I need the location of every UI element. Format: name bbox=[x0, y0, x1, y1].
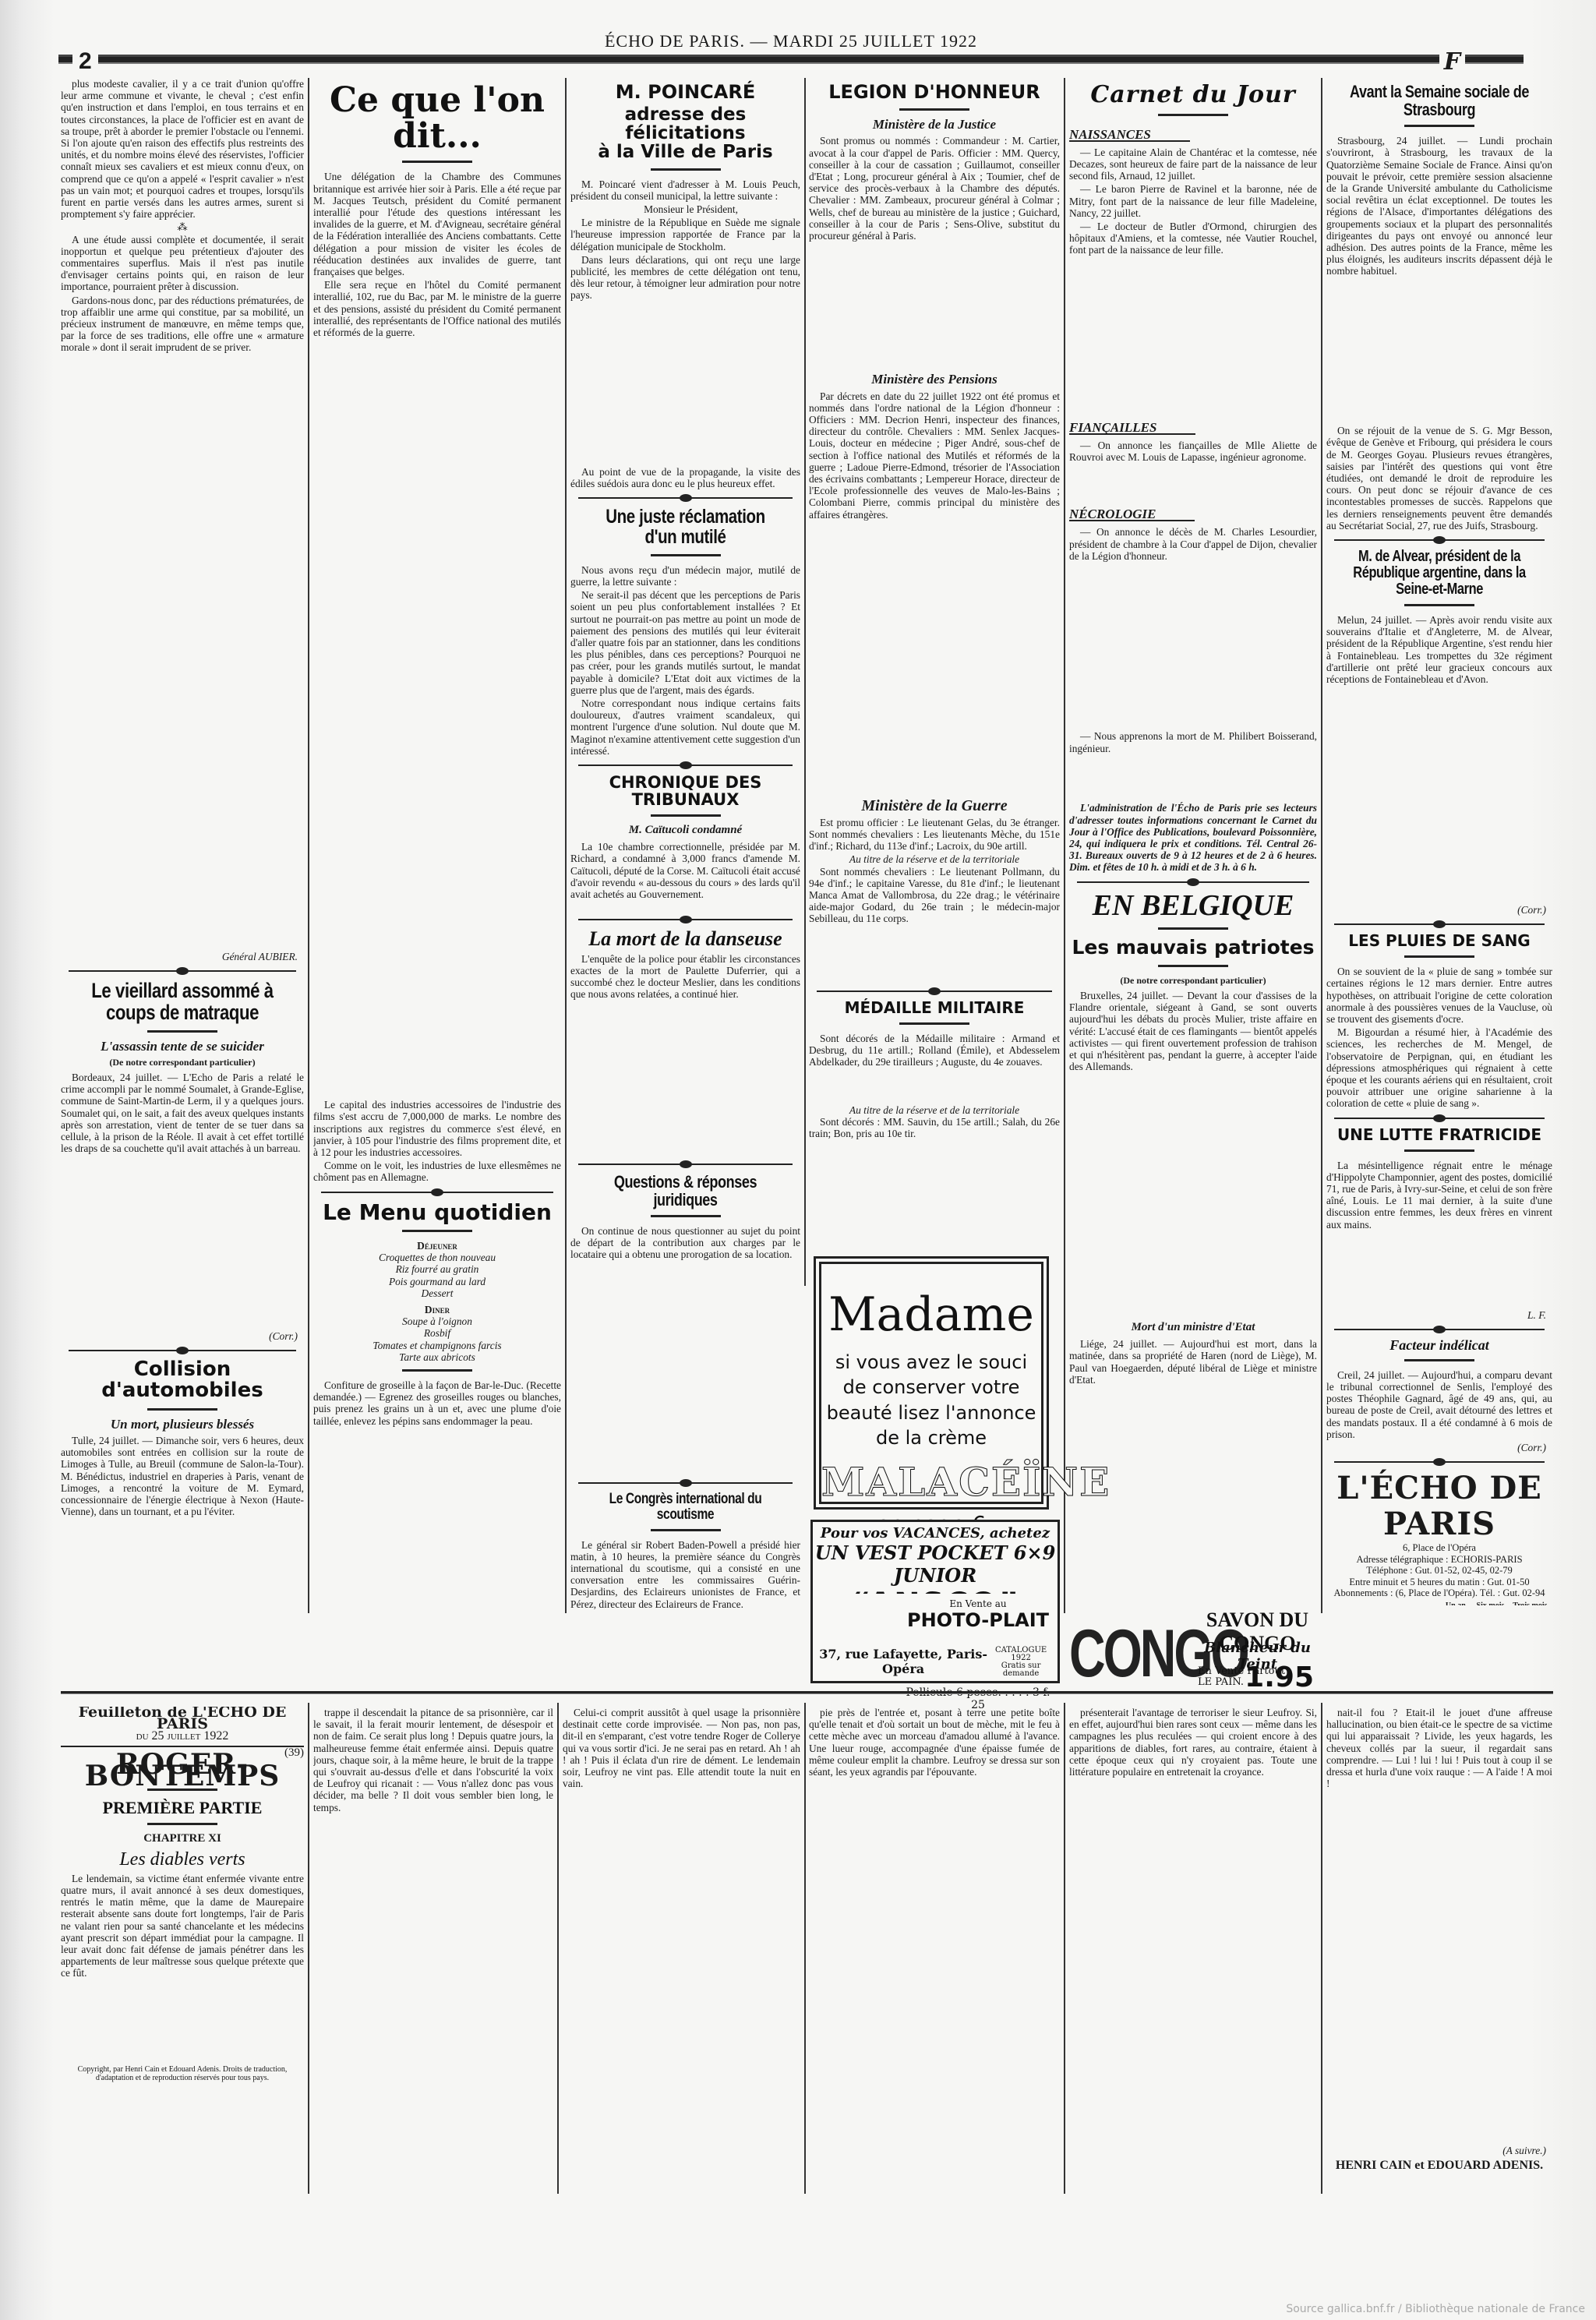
poincare-p3: Le ministre de la République en Suède me… bbox=[570, 217, 800, 252]
menu-item: Riz fourré au gratin bbox=[313, 1263, 561, 1275]
column-5: Carnet du Jour NAISSANCES — Le capitaine… bbox=[1069, 78, 1317, 1605]
kicker-belgique: EN BELGIQUE bbox=[1069, 891, 1317, 922]
article-ce-que-p1: Une délégation de la Chambre des Commune… bbox=[313, 171, 561, 277]
poincare-p2: Monsieur le Président, bbox=[570, 203, 800, 215]
feuilleton-chapter-title: Les diables verts bbox=[61, 1850, 304, 1870]
legion-justice-title: Ministère de la Justice bbox=[809, 118, 1060, 130]
byline: (De notre correspondant particulier) bbox=[61, 1057, 304, 1068]
separator bbox=[1334, 1118, 1545, 1119]
ad-madame-line: de conserver votre bbox=[821, 1375, 1041, 1400]
separator bbox=[1334, 923, 1545, 925]
column-6: Avant la Semaine sociale de Strasbourg S… bbox=[1326, 78, 1552, 1605]
menu-item: Soupe à l'oignon bbox=[313, 1315, 561, 1327]
dash bbox=[402, 161, 472, 163]
separator bbox=[578, 765, 793, 766]
lutte-body: La mésintelligence régnait entre le ména… bbox=[1326, 1160, 1552, 1308]
ad-madame-line: de la crème bbox=[821, 1425, 1041, 1450]
questions-body: On continue de nous questionner au sujet… bbox=[570, 1225, 800, 1474]
feuilleton-authors: HENRI CAIN et EDOUARD ADENIS. bbox=[1326, 2159, 1552, 2171]
facteur-body: Creil, 24 juillet. — Aujourd'hui, a comp… bbox=[1326, 1369, 1552, 1440]
headline-collision: Collision d'automobiles bbox=[61, 1359, 304, 1402]
dash bbox=[651, 168, 721, 171]
dash bbox=[1404, 1149, 1474, 1152]
headline-medaille: MÉDAILLE MILITAIRE bbox=[809, 1000, 1060, 1016]
feuilleton-column-5: présenterait l'avantage de terroriser le… bbox=[1069, 1707, 1317, 2205]
strasbourg-body: Strasbourg, 24 juillet. — Lundi prochain… bbox=[1326, 135, 1552, 423]
col-header: Trois mois bbox=[1508, 1601, 1552, 1605]
scoutisme-body: Le général sir Robert Baden-Powell a pré… bbox=[570, 1539, 800, 1610]
legion-justice-body: Sont promus ou nommés : Commandeur : M. … bbox=[809, 135, 1060, 369]
source-credit: Source gallica.bnf.fr / Bibliothèque nat… bbox=[1286, 2303, 1585, 2315]
dash bbox=[1404, 1359, 1474, 1361]
column-divider bbox=[1064, 1703, 1065, 2194]
column-4: LEGION D'HONNEUR Ministère de la Justice… bbox=[809, 78, 1060, 1286]
column-divider bbox=[804, 1703, 806, 2194]
article-cavalry-p1: plus modeste cavalier, il y a ce trait d… bbox=[61, 78, 304, 220]
echo-box-phone: Téléphone : Gut. 01-52, 02-45, 02-79 bbox=[1326, 1565, 1552, 1577]
signoff: (Corr.) bbox=[1326, 904, 1546, 916]
feuilleton-column-1: Feuilleton de L'ÉCHO DE PARIS du 25 juil… bbox=[61, 1707, 304, 2205]
corner-mark: F bbox=[1439, 48, 1465, 76]
col-header: Six mois bbox=[1473, 1601, 1508, 1605]
echo-box-title: L'ÉCHO DE PARIS bbox=[1326, 1471, 1552, 1542]
headline-ce-que-lon-dit: Ce que l'on dit... bbox=[313, 83, 561, 154]
menu-item: Pois gourmand au lard bbox=[313, 1276, 561, 1287]
newspaper-page: ÉCHO DE PARIS. — MARDI 25 JUILLET 1922 2… bbox=[0, 0, 1596, 2320]
column-3: M. POINCARÉ adresse des félicitations à … bbox=[570, 78, 800, 1613]
column-divider bbox=[308, 78, 309, 1613]
separator bbox=[1334, 1329, 1545, 1330]
ad-congo-price: 1.95 bbox=[1245, 1661, 1314, 1693]
masthead: ÉCHO DE PARIS. — MARDI 25 JUILLET 1922 2… bbox=[58, 31, 1524, 74]
dash bbox=[1404, 604, 1474, 606]
carnet-item: — Le capitaine Alain de Chantérac et la … bbox=[1069, 147, 1317, 182]
column-divider bbox=[1321, 78, 1322, 1613]
signoff: (Corr.) bbox=[61, 1330, 298, 1342]
feuilleton-text: Celui-ci comprit aussitôt à quel usage l… bbox=[563, 1707, 800, 1789]
subhead-vieillard: L'assassin tente de se suicider bbox=[61, 1040, 304, 1052]
dash bbox=[1404, 955, 1474, 958]
separator bbox=[69, 1350, 296, 1351]
article-collision-body: Tulle, 24 juillet. — Dimanche soir, vers… bbox=[61, 1435, 304, 1613]
echo-de-paris-info-box: L'ÉCHO DE PARIS 6, Place de l'Opéra Adre… bbox=[1326, 1471, 1552, 1605]
feuilleton-copyright: Copyright, par Henri Cain et Edouard Ade… bbox=[61, 2065, 304, 2082]
headline-tribunaux: CHRONIQUE DES TRIBUNAUX bbox=[570, 774, 800, 808]
medaille-body: Sont décorés de la Médaille militaire : … bbox=[809, 1033, 1060, 1103]
carnet-item: — Le docteur de Butler d'Ormond, chirurg… bbox=[1069, 221, 1317, 415]
menu-recipe: Confiture de groseille à la façon de Bar… bbox=[313, 1379, 561, 1427]
echo-box-night-phone: Entre minuit et 5 heures du matin : Gut.… bbox=[1326, 1577, 1552, 1588]
feuilleton-text: nait-il fou ? Etait-il le jouet d'une af… bbox=[1326, 1707, 1552, 2143]
dash bbox=[147, 1823, 217, 1825]
signoff: (Corr.) bbox=[1326, 1442, 1546, 1453]
feuilleton-text: trappe il descendait la pitance de sa pr… bbox=[313, 1707, 553, 1813]
dash bbox=[1158, 114, 1228, 116]
masthead-rule bbox=[58, 55, 1524, 64]
headline-strasbourg: Avant la Semaine sociale de Strasbourg bbox=[1347, 83, 1532, 118]
feuilleton-rule bbox=[61, 1691, 1553, 1694]
column-1: plus modeste cavalier, il y a ce trait d… bbox=[61, 78, 304, 1613]
headline-carnet: Carnet du Jour bbox=[1069, 83, 1317, 108]
column-divider bbox=[1321, 1703, 1322, 2194]
column-divider bbox=[308, 1703, 309, 2194]
separator bbox=[321, 1192, 553, 1193]
separator bbox=[578, 1482, 793, 1484]
separator bbox=[69, 970, 296, 972]
page-number: 2 bbox=[72, 48, 98, 75]
tribunaux-body: La 10e chambre correctionnelle, présidée… bbox=[570, 841, 800, 911]
feuilleton-chapter: CHAPITRE XI bbox=[61, 1833, 304, 1845]
mutile-p3: Notre correspondant nous indique certain… bbox=[570, 697, 800, 757]
feuilleton-column-3: Celui-ci comprit aussitôt à quel usage l… bbox=[563, 1707, 800, 2205]
headline-poincare-2: adresse des félicitations bbox=[570, 105, 800, 143]
legion-pensions-title: Ministère des Pensions bbox=[809, 373, 1060, 385]
menu-item: Dessert bbox=[313, 1287, 561, 1299]
article-ce-que-p2: Elle sera reçue en l'hôtel du Comité per… bbox=[313, 279, 561, 1097]
echo-box-telegraph: Adresse télégraphique : ECHORIS-PARIS bbox=[1326, 1554, 1552, 1566]
headline-mutile: Une juste réclamation d'un mutilé bbox=[591, 507, 780, 548]
menu-item: Rosbif bbox=[313, 1327, 561, 1339]
dash bbox=[651, 814, 721, 817]
column-divider bbox=[565, 78, 567, 1613]
poincare-p5: Au point de vue de la propagande, la vis… bbox=[570, 466, 800, 489]
carnet-section-title: FIANÇAILLES bbox=[1069, 422, 1195, 435]
ad-ansco-line1: Pour vos VACANCES, achetez bbox=[813, 1525, 1058, 1541]
headline-scoutisme: Le Congrès international du scoutisme bbox=[591, 1492, 780, 1523]
feuilleton-title: ROGER-BONTEMPS bbox=[61, 1759, 304, 1782]
article-cavalry-p2: A une étude aussi complète et documentée… bbox=[61, 234, 304, 293]
dash bbox=[899, 108, 969, 111]
dash bbox=[651, 1529, 721, 1531]
legion-guerre-body: Est promu officier : Le lieutenant Gelas… bbox=[809, 817, 1060, 853]
menu-item: Croquettes de thon nouveau bbox=[313, 1252, 561, 1263]
legion-guerre-subtitle: Au titre de la réserve et de la territor… bbox=[809, 853, 1060, 865]
echo-box-subscriptions: Abonnements : (6, Place de l'Opéra). Tél… bbox=[1326, 1587, 1552, 1599]
separator bbox=[578, 919, 793, 920]
legion-pensions-body: Par décrets en date du 22 juillet 1922 o… bbox=[809, 390, 1060, 796]
medaille-subtitle: Au titre de la réserve et de la territor… bbox=[809, 1104, 1060, 1116]
feuilleton-part: PREMIÈRE PARTIE bbox=[61, 1799, 304, 1817]
column-divider bbox=[1064, 78, 1065, 1613]
ad-congo: CONGO SAVON DU CONGO Blancheur du Teint … bbox=[1069, 1605, 1317, 1703]
mutile-p2: Ne serait-il pas décent que les percepti… bbox=[570, 589, 800, 696]
separator bbox=[817, 991, 1052, 992]
article-ce-que-p3: Le capital des industries accessoires de… bbox=[313, 1099, 561, 1158]
ad-madame-line: si vous avez le souci bbox=[821, 1350, 1041, 1375]
dash bbox=[1404, 125, 1474, 127]
column-divider bbox=[557, 1703, 559, 2194]
medaille-body2: Sont décorés : MM. Sauvin, du 15e artill… bbox=[809, 1116, 1060, 1139]
strasbourg-body2: On se réjouit de la venue de S. G. Mgr B… bbox=[1326, 425, 1552, 531]
feuilleton-column-2: trappe il descendait la pitance de sa pr… bbox=[313, 1707, 553, 2205]
carnet-item: — On annonce le décès de M. Charles Leso… bbox=[1069, 526, 1317, 729]
echo-box-address: 6, Place de l'Opéra bbox=[1326, 1542, 1552, 1554]
menu-lunch-label: Déjeuner bbox=[313, 1240, 561, 1252]
subhead-tribunaux: M. Caïtucoli condamné bbox=[570, 825, 800, 836]
column-2: Ce que l'on dit... Une délégation de la … bbox=[313, 78, 561, 1613]
ad-ansco-catalogue-note: Gratis sur demande bbox=[989, 1662, 1053, 1678]
carnet-item: — On annonce les fiançailles de Mlle Ali… bbox=[1069, 440, 1317, 502]
column-divider bbox=[804, 78, 806, 1286]
ad-ansco-address: 37, rue Lafayette, Paris-Opéra bbox=[817, 1647, 989, 1678]
col-header: Un an bbox=[1439, 1601, 1474, 1605]
ad-madame-brand: MALACÉÏNE bbox=[821, 1459, 1041, 1505]
pluies-body: On se souvient de la « pluie de sang » t… bbox=[1326, 966, 1552, 1025]
byline: (De notre correspondant particulier) bbox=[1069, 975, 1317, 987]
ad-ansco-store: PHOTO-PLAIT bbox=[899, 1609, 1058, 1631]
separator bbox=[1077, 881, 1309, 883]
carnet-section-title: NAISSANCES bbox=[1069, 129, 1190, 142]
carnet-section-title: NÉCROLOGIE bbox=[1069, 508, 1195, 521]
dash bbox=[147, 1030, 217, 1033]
dash bbox=[1158, 965, 1228, 967]
ad-madame-line: beauté lisez l'annonce bbox=[821, 1400, 1041, 1425]
feuilleton-text: Le lendemain, sa victime étant enfermée … bbox=[61, 1873, 304, 2064]
legion-guerre-title: Ministère de la Guerre bbox=[809, 800, 1060, 812]
poincare-p4: Dans leurs déclarations, qui ont reçu un… bbox=[570, 254, 800, 464]
headline-pluies: LES PLUIES DE SANG bbox=[1326, 933, 1552, 949]
headline-questions: Questions & réponses juridiques bbox=[591, 1173, 780, 1209]
subhead-collision: Un mort, plusieurs blessés bbox=[61, 1418, 304, 1430]
dash bbox=[651, 554, 721, 556]
ad-ansco-line2: UN VEST POCKET 6×9 JUNIOR bbox=[813, 1541, 1058, 1587]
ad-malaceine: Madame si vous avez le souci de conserve… bbox=[814, 1256, 1049, 1510]
headline-menu: Le Menu quotidien bbox=[313, 1201, 561, 1224]
article-cavalry-p3: Gardons-nous donc, par des réductions pr… bbox=[61, 295, 304, 949]
ad-madame-title: Madame bbox=[821, 1287, 1041, 1342]
feuilleton-date: du 25 juillet 1922 bbox=[61, 1730, 304, 1746]
headline-vieillard: Le vieillard assommé à coups de matraque bbox=[83, 980, 282, 1024]
menu-dinner-label: Diner bbox=[313, 1304, 561, 1315]
dash bbox=[1158, 927, 1228, 930]
separator bbox=[578, 497, 793, 499]
dash bbox=[402, 1230, 472, 1232]
headline-danseuse: La mort de la danseuse bbox=[570, 928, 800, 949]
dash bbox=[402, 1369, 472, 1372]
carnet-notice: L'administration de l'Écho de Paris prie… bbox=[1069, 802, 1317, 873]
separator bbox=[578, 1164, 793, 1165]
asterism: ⁂ bbox=[61, 221, 304, 233]
legion-guerre-body2: Sont nommés chevaliers : Le lieutenant P… bbox=[809, 866, 1060, 983]
separator bbox=[1334, 539, 1545, 541]
article-vieillard-body: Bordeaux, 24 juillet. — L'Echo de Paris … bbox=[61, 1072, 304, 1329]
dash bbox=[147, 1408, 217, 1411]
separator bbox=[1334, 1461, 1545, 1463]
belgique-body: Bruxelles, 24 juillet. — Devant la cour … bbox=[1069, 990, 1317, 1317]
dash bbox=[651, 1215, 721, 1217]
pluies-body2: M. Bigourdan a résumé hier, à l'Académie… bbox=[1326, 1026, 1552, 1109]
ad-ansco-sold-at: En Vente au bbox=[899, 1598, 1058, 1609]
subhead-belgique: Mort d'un ministre d'Etat bbox=[1069, 1322, 1317, 1333]
headline-poincare-3: à la Ville de Paris bbox=[570, 143, 800, 161]
headline-belgique: Les mauvais patriotes bbox=[1069, 938, 1317, 958]
article-ce-que-p4: Comme on le voit, les industries de luxe… bbox=[313, 1160, 561, 1183]
menu-item: Tarte aux abricots bbox=[313, 1351, 561, 1363]
feuilleton-text: pie près de l'entrée et, posant à terre … bbox=[809, 1707, 1060, 1778]
headline-poincare-1: M. POINCARÉ bbox=[570, 83, 800, 102]
menu-item: Tomates et champignons farcis bbox=[313, 1340, 561, 1351]
ad-ansco-footer: En Vente au PHOTO-PLAIT 37, rue Lafayett… bbox=[810, 1594, 1060, 1683]
danseuse-body: L'enquête de la police pour établir les … bbox=[570, 953, 800, 1156]
carnet-item: — Nous apprenons la mort de M. Philibert… bbox=[1069, 730, 1317, 800]
article-signature: Général AUBIER. bbox=[61, 951, 298, 962]
feuilleton-to-be-continued: (A suivre.) bbox=[1326, 2145, 1546, 2156]
carnet-item: — Le baron Pierre de Ravinel et la baron… bbox=[1069, 183, 1317, 219]
feuilleton-column-4: pie près de l'entrée et, posant à terre … bbox=[809, 1707, 1060, 2205]
subscription-table: Un an Six mois Trois mois Seine et Seine… bbox=[1326, 1601, 1552, 1605]
dash bbox=[899, 1022, 969, 1025]
headline-alvear: M. de Alvear, président de la République… bbox=[1347, 549, 1532, 598]
headline-legion: LEGION D'HONNEUR bbox=[809, 83, 1060, 102]
alvear-body: Melun, 24 juillet. — Après avoir rendu v… bbox=[1326, 614, 1552, 902]
masthead-title: ÉCHO DE PARIS. — MARDI 25 JUILLET 1922 bbox=[58, 31, 1524, 51]
ad-congo-logo: CONGO bbox=[1069, 1605, 1163, 1703]
belgique-body2: Liége, 24 juillet. — Aujourd'hui est mor… bbox=[1069, 1338, 1317, 1386]
poincare-p1: M. Poincaré vient d'adresser à M. Louis … bbox=[570, 178, 800, 202]
mutile-p1: Nous avons reçu d'un médecin major, muti… bbox=[570, 564, 800, 588]
feuilleton-text: présenterait l'avantage de terroriser le… bbox=[1069, 1707, 1317, 1778]
feuilleton-header: Feuilleton de L'ÉCHO DE PARIS bbox=[61, 1707, 304, 1730]
feuilleton-column-6: nait-il fou ? Etait-il le jouet d'une af… bbox=[1326, 1707, 1552, 2205]
headline-lutte: UNE LUTTE FRATRICIDE bbox=[1326, 1127, 1552, 1143]
ad-ansco-catalogue: CATALOGUE 1922 bbox=[989, 1647, 1053, 1662]
headline-facteur: Facteur indélicat bbox=[1326, 1338, 1552, 1353]
signoff: L. F. bbox=[1326, 1309, 1546, 1321]
